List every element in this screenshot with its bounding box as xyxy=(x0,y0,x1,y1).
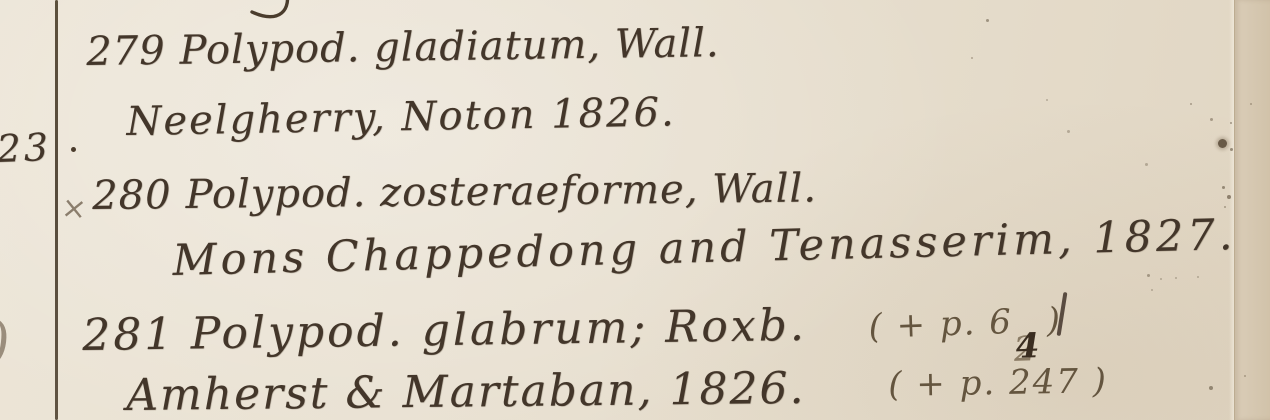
foxing-speck xyxy=(1230,122,1232,124)
entry-species-name: Polypod. gladiatum, Wall. xyxy=(179,20,720,74)
entry-number: 281 xyxy=(82,309,176,361)
margin-bracket-fragment: ) xyxy=(0,315,12,368)
page-ref-annotation-p247: ( + p. 247 ) xyxy=(888,364,1108,402)
entry-number: 279 xyxy=(86,28,166,75)
folio-number: 23 xyxy=(0,128,52,168)
overwritten-digit: 24 xyxy=(1013,332,1034,333)
entry-number: 280 xyxy=(92,172,172,219)
foxing-speck xyxy=(1227,195,1231,199)
ink-dot xyxy=(1160,278,1162,280)
entry-280-name-line: 280Polypod. zosteraeforme, Wall. xyxy=(92,168,817,216)
entry-279-name-line: 279Polypod. gladiatum, Wall. xyxy=(86,23,720,72)
entry-281-locality-line: Amherst & Martaban, 1826. xyxy=(126,367,806,418)
manuscript-page: 23 × ) 279Polypod. gladiatum, Wall. Neel… xyxy=(0,0,1270,420)
foxing-speck xyxy=(1197,276,1199,278)
foxing-speck xyxy=(1190,103,1192,105)
foxing-speck xyxy=(1230,148,1233,151)
page-edge-band xyxy=(1234,0,1270,420)
foxing-speck xyxy=(986,19,989,22)
foxing-speck xyxy=(1222,186,1225,189)
foxing-speck xyxy=(1046,99,1048,101)
foxing-speck xyxy=(1145,163,1148,166)
foxing-speck xyxy=(971,57,973,59)
cross-mark: × xyxy=(60,193,88,225)
foxing-speck xyxy=(1224,206,1226,208)
entry-species-name: Polypod. zosteraeforme, Wall. xyxy=(185,165,817,218)
foxing-speck xyxy=(1067,130,1070,133)
foxing-speck xyxy=(1175,277,1177,279)
entry-280-locality-line: Mons Chappedong and Tenasserim, 1827. xyxy=(172,214,1237,283)
ink-dot xyxy=(1151,289,1153,291)
margin-rule-line xyxy=(55,0,58,420)
foxing-speck xyxy=(1250,103,1252,105)
foxing-speck xyxy=(1244,375,1246,377)
foxing-speck xyxy=(1209,386,1213,390)
digit-on-top: 4 xyxy=(1015,329,1042,364)
annotation-prefix: ( + p. 6 xyxy=(868,302,1014,347)
entry-281-name-line: 281Polypod. glabrum; Roxb. xyxy=(82,304,807,358)
entry-species-name: Polypod. glabrum; Roxb. xyxy=(190,300,807,360)
entry-279-locality-line: Neelgherry, Noton 1826. xyxy=(126,92,676,142)
foxing-speck xyxy=(1210,118,1213,121)
foxing-spot-large xyxy=(1218,139,1227,148)
margin-dot xyxy=(71,147,76,152)
ink-dot xyxy=(1147,274,1150,277)
page-ref-annotation-p64: ( + p. 624 ) xyxy=(868,303,1063,344)
